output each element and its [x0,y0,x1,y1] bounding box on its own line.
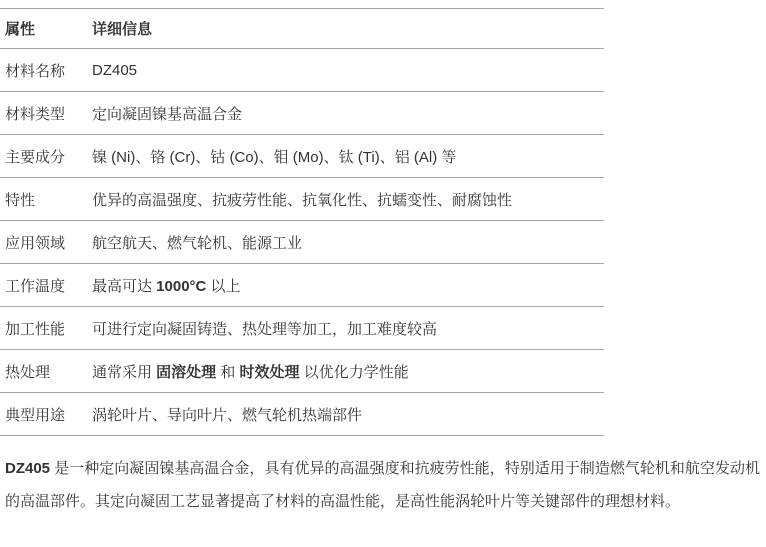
text-segment: 通常采用 [92,364,156,381]
text-segment: 涡轮叶片、导向叶片、燃气轮机热端部件 [92,407,362,424]
row-value: 最高可达 1000°C 以上 [92,275,604,296]
row-value: 航空航天、燃气轮机、能源工业 [92,232,604,253]
row-label: 热处理 [0,361,92,382]
row-value: 涡轮叶片、导向叶片、燃气轮机热端部件 [92,404,604,425]
text-segment: 镍 (Ni)、铬 (Cr)、钴 (Co)、钼 (Mo)、钛 (Ti)、铝 (Al… [92,149,456,166]
text-segment: 以上 [206,278,240,295]
table-row: 应用领域 航空航天、燃气轮机、能源工业 [0,221,604,264]
table-row: 材料类型 定向凝固镍基高温合金 [0,92,604,135]
row-label: 应用领域 [0,232,92,253]
text-segment: 航空航天、燃气轮机、能源工业 [92,235,302,252]
text-segment: 以优化力学性能 [300,364,409,381]
row-label: 主要成分 [0,146,92,167]
table-row: 主要成分 镍 (Ni)、铬 (Cr)、钴 (Co)、钼 (Mo)、钛 (Ti)、… [0,135,604,178]
row-label: 加工性能 [0,318,92,339]
header-cell-attribute: 属性 [0,18,92,39]
table-header-row: 属性 详细信息 [0,9,604,49]
row-value: 定向凝固镍基高温合金 [92,103,604,124]
text-segment: 1000°C [156,278,206,295]
table-row: 工作温度 最高可达 1000°C 以上 [0,264,604,307]
text-segment: DZ405 [92,62,137,79]
text-segment: 和 [216,364,239,381]
row-label: 材料类型 [0,103,92,124]
row-value: 通常采用 固溶处理 和 时效处理 以优化力学性能 [92,361,604,382]
text-segment: 最高可达 [92,278,156,295]
text-segment: 时效处理 [240,364,300,381]
description-paragraph: DZ405 是一种定向凝固镍基高温合金，具有优异的高温强度和抗疲劳性能，特别适用… [0,452,766,518]
row-label: 工作温度 [0,275,92,296]
property-table: 属性 详细信息 材料名称 DZ405 材料类型 定向凝固镍基高温合金 主要成分 … [0,8,604,436]
table-body: 材料名称 DZ405 材料类型 定向凝固镍基高温合金 主要成分 镍 (Ni)、铬… [0,49,604,436]
table-row: 加工性能 可进行定向凝固铸造、热处理等加工，加工难度较高 [0,307,604,350]
row-label: 材料名称 [0,60,92,81]
text-segment: 优异的高温强度、抗疲劳性能、抗氧化性、抗蠕变性、耐腐蚀性 [92,192,512,209]
row-value: DZ405 [92,62,604,79]
table-row: 典型用途 涡轮叶片、导向叶片、燃气轮机热端部件 [0,393,604,436]
table-row: 特性 优异的高温强度、抗疲劳性能、抗氧化性、抗蠕变性、耐腐蚀性 [0,178,604,221]
row-label: 特性 [0,189,92,210]
text-segment: 固溶处理 [156,364,216,381]
table-row: 热处理 通常采用 固溶处理 和 时效处理 以优化力学性能 [0,350,604,393]
text-segment: 可进行定向凝固铸造、热处理等加工，加工难度较高 [92,321,437,338]
row-label: 典型用途 [0,404,92,425]
text-segment: 定向凝固镍基高温合金 [92,106,242,123]
text-segment: DZ405 [5,460,50,477]
row-value: 可进行定向凝固铸造、热处理等加工，加工难度较高 [92,318,604,339]
text-segment: 是一种定向凝固镍基高温合金，具有优异的高温强度和抗疲劳性能，特别适用于制造燃气轮… [5,460,760,510]
row-value: 优异的高温强度、抗疲劳性能、抗氧化性、抗蠕变性、耐腐蚀性 [92,189,604,210]
row-value: 镍 (Ni)、铬 (Cr)、钴 (Co)、钼 (Mo)、钛 (Ti)、铝 (Al… [92,146,604,167]
table-row: 材料名称 DZ405 [0,49,604,92]
header-cell-details: 详细信息 [92,18,604,39]
